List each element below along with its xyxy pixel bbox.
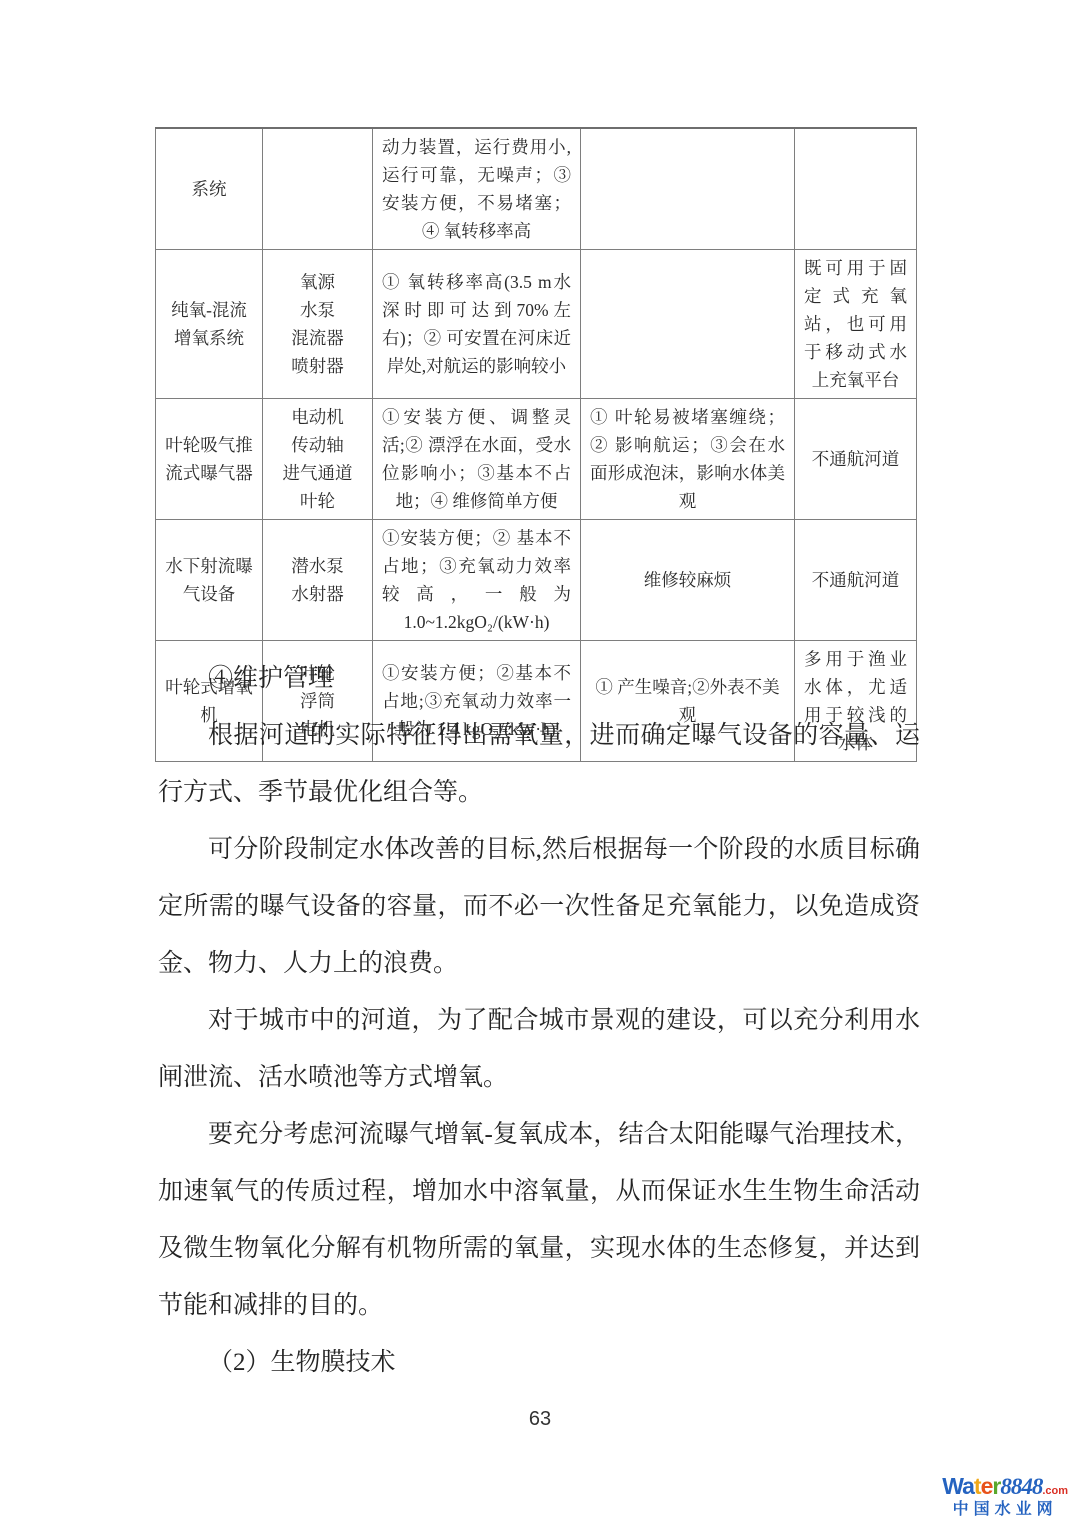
logo-letter: a xyxy=(962,1473,974,1499)
table-cell: 电动机 传动轴 进气通道 叶轮 xyxy=(263,399,373,520)
logo-number: 8848 xyxy=(1000,1474,1042,1499)
table-cell xyxy=(795,128,917,250)
table-row: 系统 动力装置，运行费用小,运行可靠，无噪声；③ 安装方便，不易堵塞；④ 氧转移… xyxy=(156,128,917,250)
table-cell xyxy=(263,128,373,250)
logo-letter: t xyxy=(974,1473,981,1499)
logo-tld: .com xyxy=(1042,1485,1068,1497)
table-cell: 叶轮吸气推 流式曝气器 xyxy=(156,399,263,520)
table-cell: 潜水泵 水射器 xyxy=(263,520,373,641)
table-cell: 既可用于固定式充氧站，也可用于移动式水上充氧平台 xyxy=(795,250,917,399)
logo-wordmark: Water8848.com xyxy=(942,1474,1068,1499)
table-cell: 维修较麻烦 xyxy=(581,520,795,641)
logo-letter: e xyxy=(981,1473,993,1499)
table-cell: 不通航河道 xyxy=(795,399,917,520)
water8848-logo: Water8848.com 中国水业网 xyxy=(942,1474,1068,1519)
logo-tagline: 中国水业网 xyxy=(942,1502,1068,1519)
table-cell: 氧源 水泵 混流器 喷射器 xyxy=(263,250,373,399)
paragraph: 可分阶段制定水体改善的目标,然后根据每一个阶段的水质目标确定所需的曝气设备的容量… xyxy=(158,821,920,992)
body-text: ④维护管理 根据河道的实际特征得出需氧量，进而确定曝气设备的容量、运行方式、季节… xyxy=(158,650,920,1391)
section-heading-biofilm: （2）生物膜技术 xyxy=(158,1334,920,1391)
paragraph: 根据河道的实际特征得出需氧量，进而确定曝气设备的容量、运行方式、季节最优化组合等… xyxy=(158,707,920,821)
table-cell: 水下射流曝 气设备 xyxy=(156,520,263,641)
table-row: 水下射流曝 气设备 潜水泵 水射器 ①安装方便；② 基本不占地；③充氧动力效率较… xyxy=(156,520,917,641)
table-cell: ① 氧转移率高(3.5 m水深时即可达到70%左右)；② 可安置在河床近岸处,对… xyxy=(373,250,581,399)
paragraph: 要充分考虑河流曝气增氧-复氧成本，结合太阳能曝气治理技术，加速氧气的传质过程，增… xyxy=(158,1106,920,1334)
document-page: { "table": { "rows": [ { "cells": [ "系统"… xyxy=(0,0,1080,1527)
table-cell: 系统 xyxy=(156,128,263,250)
table-cell: 动力装置，运行费用小,运行可靠，无噪声；③ 安装方便，不易堵塞；④ 氧转移率高 xyxy=(373,128,581,250)
logo-word: Water xyxy=(942,1473,1000,1499)
table-cell: ①安装方便；② 基本不占地；③充氧动力效率较高，一般为 1.0~1.2kgO₂/… xyxy=(373,520,581,641)
table-cell: 不通航河道 xyxy=(795,520,917,641)
table-row: 叶轮吸气推 流式曝气器 电动机 传动轴 进气通道 叶轮 ①安装方便、调整灵活;②… xyxy=(156,399,917,520)
table-cell: 纯氧-混流 增氧系统 xyxy=(156,250,263,399)
page-number: 63 xyxy=(0,1408,1080,1431)
section-heading-maintenance: ④维护管理 xyxy=(158,650,920,707)
logo-letter: W xyxy=(942,1473,962,1499)
table-cell xyxy=(581,128,795,250)
table-cell: ① 叶轮易被堵塞缠绕；② 影响航运；③会在水面形成泡沫，影响水体美观 xyxy=(581,399,795,520)
table-cell xyxy=(581,250,795,399)
paragraph: 对于城市中的河道，为了配合城市景观的建设，可以充分利用水闸泄流、活水喷池等方式增… xyxy=(158,992,920,1106)
table-cell: ①安装方便、调整灵活;② 漂浮在水面，受水位影响小；③基本不占地；④ 维修简单方… xyxy=(373,399,581,520)
table-row: 纯氧-混流 增氧系统 氧源 水泵 混流器 喷射器 ① 氧转移率高(3.5 m水深… xyxy=(156,250,917,399)
